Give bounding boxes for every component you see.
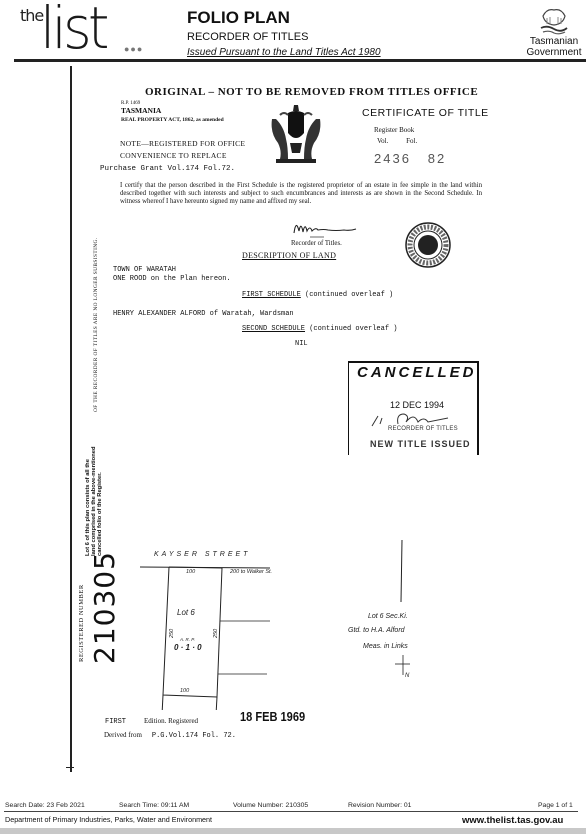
page-subtitle: RECORDER OF TITLES: [187, 31, 308, 43]
second-schedule-value: NIL: [295, 340, 308, 348]
plan-top-dim: 100: [186, 569, 196, 575]
recorder-signature: [290, 217, 360, 239]
plan-area-value: 0 · 1 · 0: [174, 643, 202, 652]
government-name: Tasmanian Government: [522, 36, 586, 58]
footer-bar: [0, 828, 586, 834]
plan-note-line3: Meas. in Links: [363, 643, 408, 650]
derived-value: P.G.Vol.174 Fol. 72.: [152, 732, 236, 740]
volume-folio-number: 2436 82: [374, 151, 446, 166]
second-schedule-continued: (continued overleaf ): [309, 325, 397, 333]
second-schedule-heading: SECOND SCHEDULE: [242, 325, 305, 333]
plan-lot-label: Lot 6: [177, 608, 195, 617]
edition-label: Edition. Registered: [144, 717, 198, 725]
registered-date: 18 FEB 1969: [240, 709, 305, 724]
registered-number-label: REGISTERED NUMBER: [78, 584, 85, 662]
second-schedule: SECOND SCHEDULE (continued overleaf ): [242, 325, 397, 333]
logo-list-text: list: [40, 0, 106, 62]
land-area-text: ONE ROOD on the Plan hereon.: [113, 275, 231, 283]
purchase-grant: Purchase Grant Vol.174 Fol.72.: [100, 165, 235, 173]
footer-divider: [4, 811, 578, 812]
plan-right-dim: 250: [213, 628, 219, 639]
first-schedule: FIRST SCHEDULE (continued overleaf ): [242, 291, 393, 299]
original-notice: ORIGINAL – NOT TO BE REMOVED FROM TITLES…: [145, 86, 478, 98]
note-line-1: NOTE—REGISTERED FOR OFFICE: [120, 139, 245, 148]
government-name-line1: Tasmanian: [522, 36, 586, 47]
first-schedule-continued: (continued overleaf ): [305, 291, 393, 299]
registered-number: 210305: [88, 551, 121, 664]
website-link[interactable]: www.thelist.tas.gov.au: [462, 815, 563, 826]
plan-bottom-dim: 100: [180, 688, 190, 694]
note-line-2: CONVENIENCE TO REPLACE: [120, 151, 227, 160]
folio-plan-drawing: N KAYSER STREET 100 200 to Walker St. Lo…: [140, 540, 460, 710]
frame-tick: [66, 767, 74, 768]
margin-no-longer-subsisting: OF THE RECORDER OF TITLES ARE NO LONGER …: [93, 237, 99, 412]
description-heading: DESCRIPTION OF LAND: [242, 251, 336, 260]
search-time: Search Time: 09:11 AM: [119, 802, 189, 809]
fol-label: Fol.: [406, 137, 417, 145]
page-title: FOLIO PLAN: [187, 8, 290, 28]
plan-note-line2: Gtd. to H.A. Alford: [348, 627, 406, 634]
vol-fol-labels: Vol. Fol.: [377, 137, 417, 145]
plan-to-walker: 200 to Walker St.: [229, 569, 272, 575]
cancelled-stamp-title: CANCELLED: [357, 364, 477, 381]
recorder-seal-icon: [404, 221, 452, 269]
coat-of-arms-icon: [266, 103, 326, 165]
act-name: REAL PROPERTY ACT, 1862, as amended: [121, 117, 224, 123]
north-marker: N: [405, 673, 410, 679]
derived-label: Derived from: [104, 731, 142, 739]
page-number: Page 1 of 1: [538, 802, 573, 809]
margin-lot-statement: Lot 6 of this plan consists of all the l…: [85, 446, 103, 556]
certification-text: I certify that the person described in t…: [120, 182, 482, 206]
volume-number: 2436: [374, 151, 411, 166]
document-frame-left: [70, 66, 72, 772]
recorder-of-titles: Recorder of Titles.: [291, 240, 342, 247]
header-divider: [14, 59, 586, 62]
tasmanian-devil-icon: [537, 6, 571, 36]
logo-dots: ●●●: [124, 44, 143, 54]
cancelled-stamp-role: RECORDER OF TITLES: [388, 426, 458, 432]
edition-value: FIRST: [105, 718, 126, 726]
search-date: Search Date: 23 Feb 2021: [5, 802, 85, 809]
derived-line: Derived fromP.G.Vol.174 Fol. 72.: [104, 731, 236, 740]
issued-pursuant: Issued Pursuant to the Land Titles Act 1…: [187, 47, 381, 58]
state-name: TASMANIA: [121, 106, 161, 115]
edition-line: FIRSTEdition. Registered: [105, 717, 198, 726]
department-name: Department of Primary Industries, Parks,…: [5, 815, 212, 824]
plan-left-dim: 250: [169, 628, 175, 639]
margin-lot-line3: cancelled folio of the Register.: [97, 446, 103, 556]
plan-street-label: KAYSER STREET: [154, 551, 250, 558]
town-name: TOWN OF WARATAH: [113, 266, 176, 274]
vol-label: Vol.: [377, 137, 388, 145]
certificate-title: CERTIFICATE OF TITLE: [362, 107, 489, 119]
government-name-line2: Government: [522, 47, 586, 58]
first-schedule-heading: FIRST SCHEDULE: [242, 291, 301, 299]
register-book-label: Register Book: [374, 126, 414, 134]
volume-number-footer: Volume Number: 210305: [233, 802, 308, 809]
plan-area-units: A. R. P.: [179, 637, 195, 642]
revision-number: Revision Number: 01: [348, 802, 411, 809]
proprietor: HENRY ALEXANDER ALFORD of Waratah, Wards…: [113, 310, 294, 318]
new-title-issued: NEW TITLE ISSUED: [370, 439, 471, 449]
folio-number: 82: [428, 151, 446, 166]
plan-note-line1: Lot 6 Sec.Ki.: [368, 613, 408, 620]
